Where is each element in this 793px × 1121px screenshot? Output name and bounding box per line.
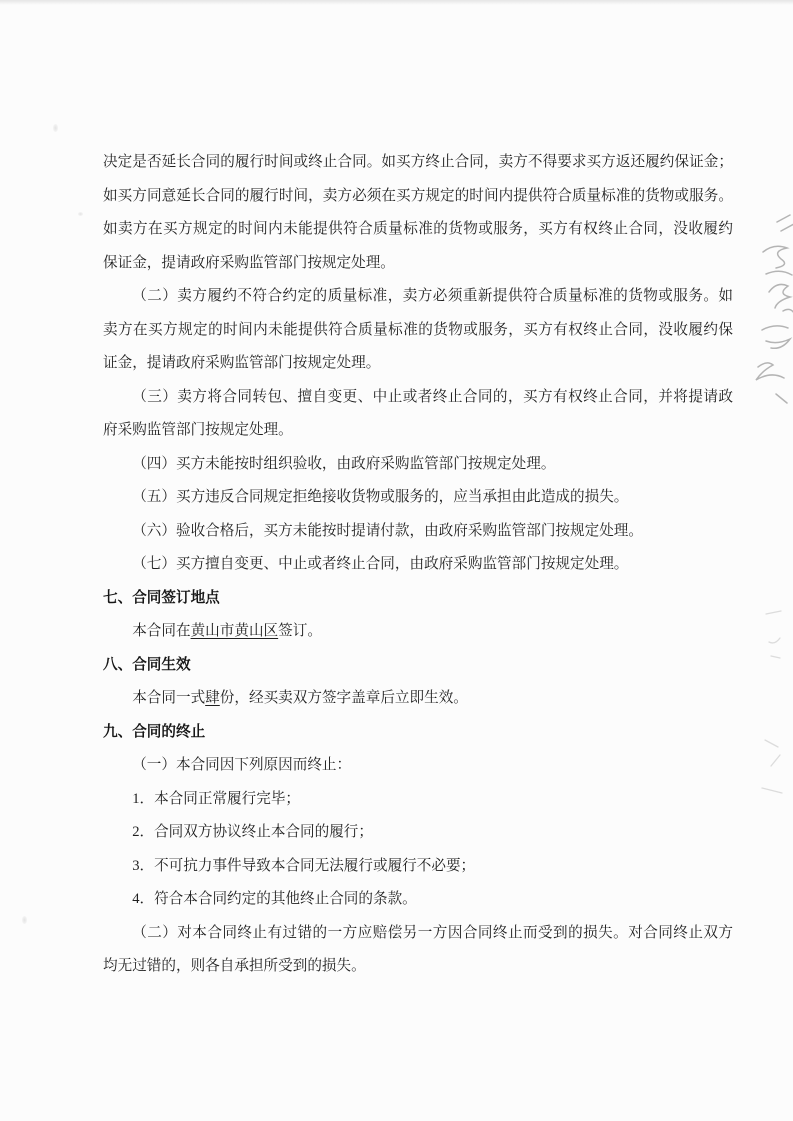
- scanned-contract-page: 决定是否延长合同的履行时间或终止合同。如买方终止合同，卖方不得要求买方返还履约保…: [0, 0, 793, 1121]
- faint-margin-marks: [759, 608, 793, 808]
- termination-fault-line: （二）对本合同终止有过错的一方应赔偿另一方因合同终止而受到的损失。对合同终止双方: [103, 917, 733, 951]
- section-8-body-suffix: 份，经买卖双方签字盖章后立即生效。: [220, 690, 468, 706]
- scan-speck: [22, 916, 27, 924]
- clause-3-line: （三）卖方将合同转包、擅自变更、中止或者终止合同的，买方有权终止合同，并将提请政: [103, 381, 733, 415]
- termination-reason: 4．符合本合同约定的其他终止合同的条款。: [103, 883, 733, 917]
- continuation-line: 保证金，提请政府采购监管部门按规定处理。: [103, 247, 733, 281]
- clause-2-line: 卖方在买方规定的时间内未能提供符合质量标准的货物或服务，买方有权终止合同，没收履…: [103, 314, 733, 348]
- signing-place-underlined: 黄山市黄山区: [191, 623, 279, 639]
- termination-intro: （一）本合同因下列原因而终止：: [103, 749, 733, 783]
- clause-5: （五）买方违反合同规定拒绝接收货物或服务的，应当承担由此造成的损失。: [103, 481, 733, 515]
- section-7-body: 本合同在黄山市黄山区签订。: [103, 615, 733, 649]
- clause-3-line: 府采购监管部门按规定处理。: [103, 414, 733, 448]
- continuation-line: 如买方同意延长合同的履行时间，卖方必须在买方规定的时间内提供符合质量标准的货物或…: [103, 180, 733, 214]
- termination-reason: 2．合同双方协议终止本合同的履行；: [103, 816, 733, 850]
- continuation-line: 如卖方在买方规定的时间内未能提供符合质量标准的货物或服务，买方有权终止合同，没收…: [103, 213, 733, 247]
- section-9-heading: 九、合同的终止: [103, 716, 733, 750]
- clause-7: （七）买方擅自变更、中止或者终止合同，由政府采购监管部门按规定处理。: [103, 548, 733, 582]
- section-8-body: 本合同一式肆份，经买卖双方签字盖章后立即生效。: [103, 682, 733, 716]
- section-7-body-suffix: 签订。: [278, 623, 322, 639]
- clause-6: （六）验收合格后，买方未能按时提请付款，由政府采购监管部门按规定处理。: [103, 515, 733, 549]
- section-7-body-prefix: 本合同在: [132, 623, 190, 639]
- scan-speck: [53, 124, 58, 132]
- continuation-line: 决定是否延长合同的履行时间或终止合同。如买方终止合同，卖方不得要求买方返还履约保…: [103, 146, 733, 180]
- clause-2-line: （二）卖方履约不符合约定的质量标准，卖方必须重新提供符合质量标准的货物或服务。如: [103, 280, 733, 314]
- handwritten-margin-note: [745, 212, 793, 412]
- section-7-heading: 七、合同签订地点: [103, 582, 733, 616]
- termination-fault-line: 均无过错的，则各自承担所受到的损失。: [103, 950, 733, 984]
- scan-speck: [78, 212, 83, 216]
- section-8-body-prefix: 本合同一式: [132, 690, 205, 706]
- termination-reason: 3．不可抗力事件导致本合同无法履行或履行不必要；: [103, 850, 733, 884]
- section-8-heading: 八、合同生效: [103, 649, 733, 683]
- copies-count-underlined: 肆: [205, 690, 220, 706]
- termination-reason: 1．本合同正常履行完毕；: [103, 783, 733, 817]
- clause-2-line: 证金，提请政府采购监管部门按规定处理。: [103, 347, 733, 381]
- clause-4: （四）买方未能按时组织验收，由政府采购监管部门按规定处理。: [103, 448, 733, 482]
- scan-edge-shadow: [0, 0, 793, 5]
- contract-text-block: 决定是否延长合同的履行时间或终止合同。如买方终止合同，卖方不得要求买方返还履约保…: [103, 146, 733, 984]
